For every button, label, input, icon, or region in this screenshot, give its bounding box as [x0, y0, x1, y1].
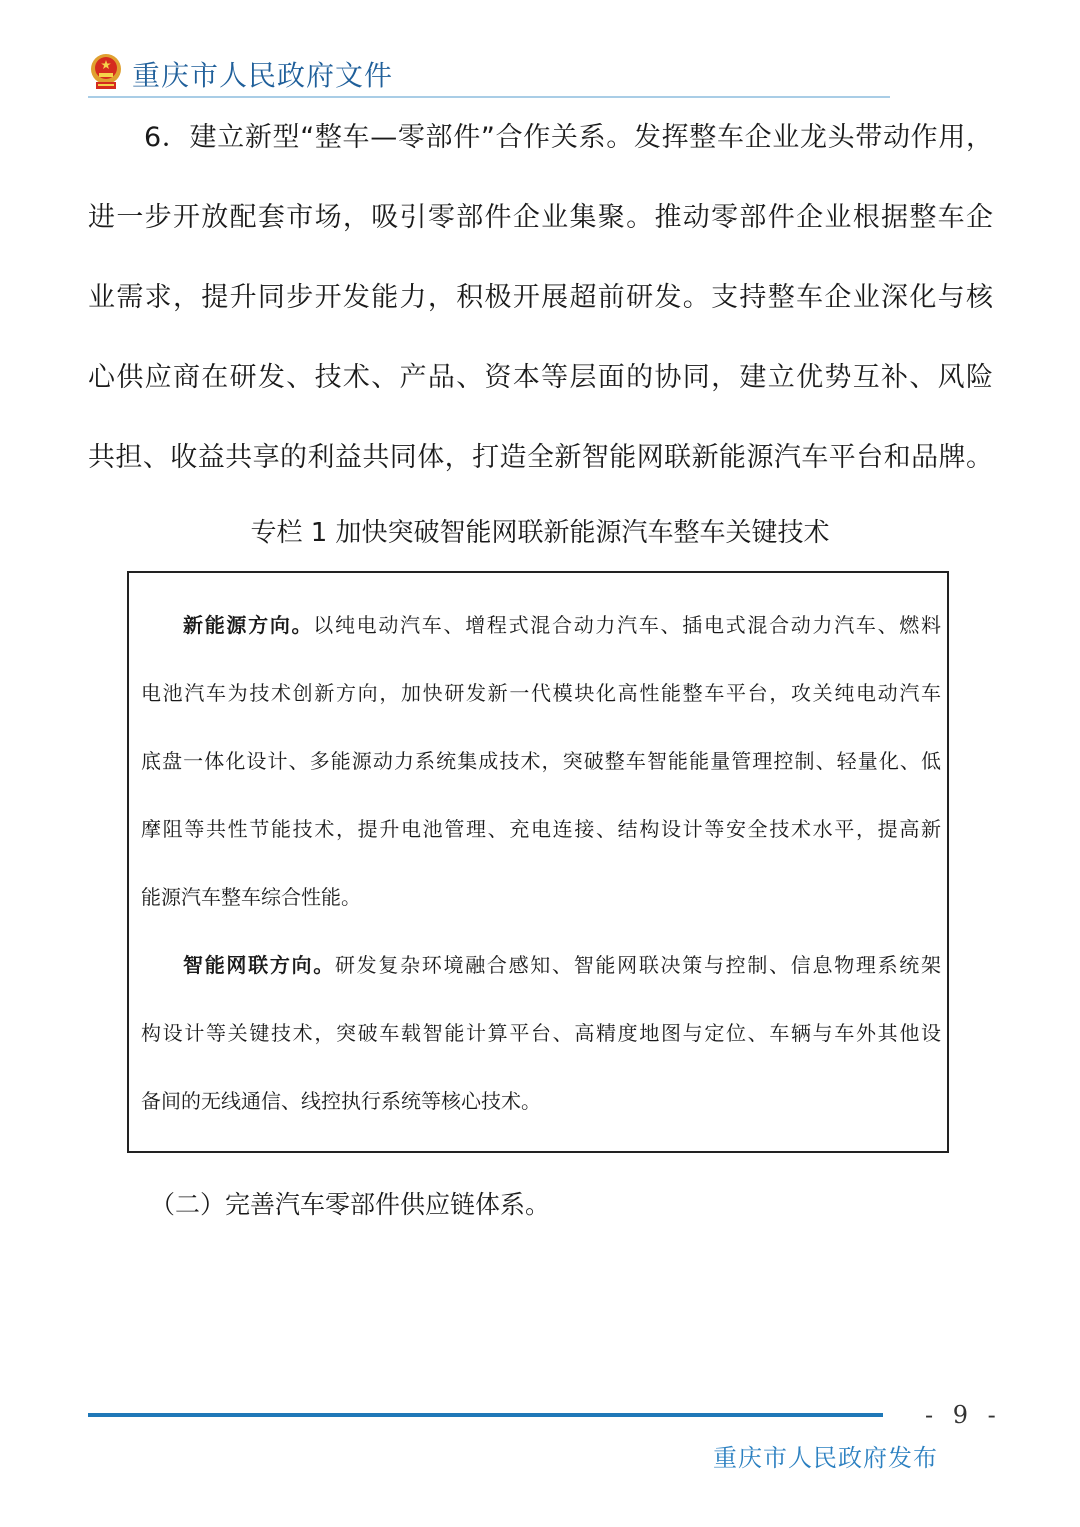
box-line: 能源汽车整车综合性能。 [141, 881, 941, 910]
box-section-heading: 智能网联方向。 [183, 953, 335, 977]
box-line: 构设计等关键技术，突破车载智能计算平台、高精度地图与定位、车辆与车外其他设 [141, 1017, 941, 1046]
footer-publisher: 重庆市人民政府发布 [713, 1438, 938, 1473]
feature-box: 新能源方向。以纯电动汽车、增程式混合动力汽车、插电式混合动力汽车、燃料 电池汽车… [127, 571, 949, 1153]
box-line: 新能源方向。以纯电动汽车、增程式混合动力汽车、插电式混合动力汽车、燃料 [141, 609, 941, 638]
box-line: 智能网联方向。研发复杂环境融合感知、智能网联决策与控制、信息物理系统架 [141, 949, 941, 978]
paragraph-line: 进一步开放配套市场，吸引零部件企业集聚。推动零部件企业根据整车企 [88, 178, 993, 258]
paragraph-line: 6．建立新型“整车—零部件”合作关系。发挥整车企业龙头带动作用， [88, 98, 993, 178]
document-header: 重庆市人民政府文件 [88, 48, 890, 100]
box-line-text: 以纯电动汽车、增程式混合动力汽车、插电式混合动力汽车、燃料 [313, 613, 941, 637]
body-paragraph: 6．建立新型“整车—零部件”合作关系。发挥整车企业龙头带动作用， 进一步开放配套… [88, 98, 993, 498]
paragraph-line: 共担、收益共享的利益共同体，打造全新智能网联新能源汽车平台和品牌。 [88, 418, 993, 498]
box-line: 摩阻等共性节能技术，提升电池管理、充电连接、结构设计等安全技术水平，提高新 [141, 813, 941, 842]
page-number: - 9 - [925, 1401, 1002, 1429]
national-emblem-icon [88, 52, 124, 92]
paragraph-line: 业需求，提升同步开发能力，积极开展超前研发。支持整车企业深化与核 [88, 258, 993, 338]
box-section-heading: 新能源方向。 [183, 613, 313, 637]
box-line: 备间的无线通信、线控执行系统等核心技术。 [141, 1085, 941, 1114]
section-heading: （二）完善汽车零部件供应链体系。 [150, 1185, 550, 1221]
box-title: 专栏 1 加快突破智能网联新能源汽车整车关键技术 [0, 512, 1080, 549]
paragraph-line: 心供应商在研发、技术、产品、资本等层面的协同，建立优势互补、风险 [88, 338, 993, 418]
box-line: 电池汽车为技术创新方向，加快研发新一代模块化高性能整车平台，攻关纯电动汽车 [141, 677, 941, 706]
box-line-text: 研发复杂环境融合感知、智能网联决策与控制、信息物理系统架 [335, 953, 941, 977]
header-title: 重庆市人民政府文件 [132, 54, 393, 94]
box-line: 底盘一体化设计、多能源动力系统集成技术，突破整车智能能量管理控制、轻量化、低 [141, 745, 941, 774]
footer-divider [88, 1413, 883, 1417]
